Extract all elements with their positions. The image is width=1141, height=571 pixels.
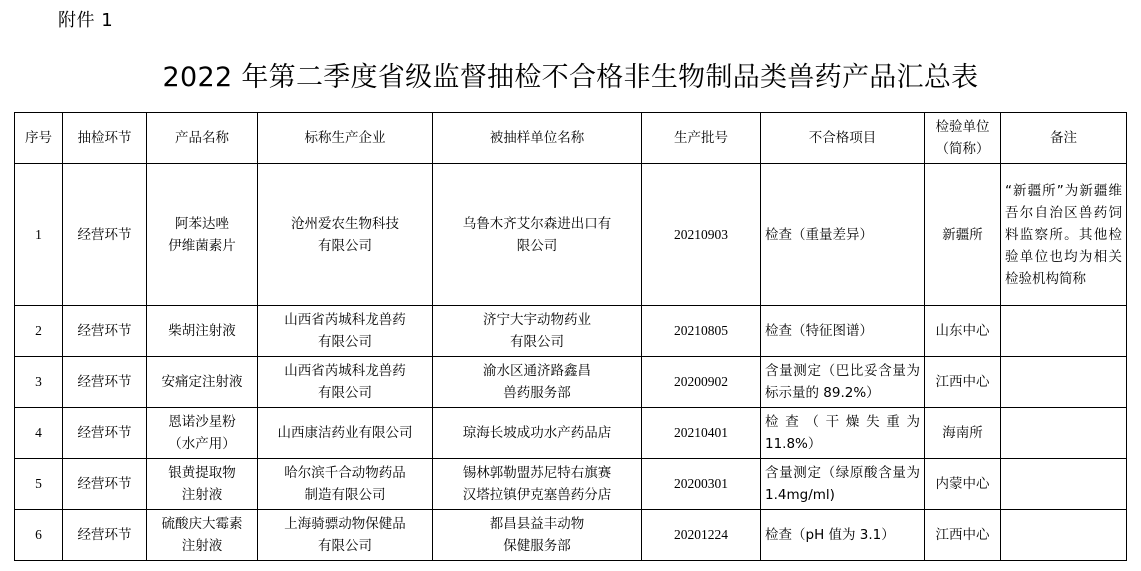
product-line: 阿苯达唑 [151, 213, 253, 235]
cell-sampled-unit: 乌鲁木齐艾尔森进出口有 限公司 [433, 164, 642, 306]
cell-sampled-unit: 琼海长坡成功水产药品店 [433, 408, 642, 459]
cell-remarks [1001, 408, 1127, 459]
table-row: 6 经营环节 硫酸庆大霉素 注射液 上海骑骠动物保健品 有限公司 都昌县益丰动物… [15, 510, 1127, 561]
table-row: 3 经营环节 安痛定注射液 山西省芮城科龙兽药 有限公司 渝水区通济路鑫昌 兽药… [15, 357, 1127, 408]
cell-product: 阿苯达唑 伊维菌素片 [147, 164, 258, 306]
product-line: 伊维菌素片 [151, 235, 253, 257]
cell-product: 安痛定注射液 [147, 357, 258, 408]
cell-index: 1 [15, 164, 63, 306]
cell-sampled-unit: 济宁大宇动物药业 有限公司 [433, 306, 642, 357]
cell-stage: 经营环节 [63, 357, 147, 408]
cell-sampled-unit: 渝水区通济路鑫昌 兽药服务部 [433, 357, 642, 408]
product-line: 硫酸庆大霉素 [151, 513, 253, 535]
sampled-unit-line: 乌鲁木齐艾尔森进出口有 [437, 213, 637, 235]
sampled-unit-line: 汉塔拉镇伊克塞兽药分店 [437, 484, 637, 506]
manufacturer-line: 山西康洁药业有限公司 [262, 422, 428, 444]
cell-manufacturer: 哈尔滨千合动物药品 制造有限公司 [258, 459, 433, 510]
cell-manufacturer: 上海骑骠动物保健品 有限公司 [258, 510, 433, 561]
manufacturer-line: 沧州爱农生物科技 [262, 213, 428, 235]
table-row: 4 经营环节 恩诺沙星粉 （水产用） 山西康洁药业有限公司 琼海长坡成功水产药品… [15, 408, 1127, 459]
cell-index: 2 [15, 306, 63, 357]
document-title: 2022 年第二季度省级监督抽检不合格非生物制品类兽药产品汇总表 [0, 58, 1141, 98]
cell-manufacturer: 山西省芮城科龙兽药 有限公司 [258, 357, 433, 408]
sampled-unit-line: 保健服务部 [437, 535, 637, 557]
cell-failed-item: 含量测定（巴比妥含量为标示量的 89.2%） [761, 357, 925, 408]
manufacturer-line: 山西省芮城科龙兽药 [262, 360, 428, 382]
header-index: 序号 [15, 113, 63, 164]
cell-stage: 经营环节 [63, 459, 147, 510]
cell-failed-item: 含量测定（绿原酸含量为 1.4mg/ml) [761, 459, 925, 510]
cell-batch: 20200301 [642, 459, 761, 510]
cell-failed-item: 检查（pH 值为 3.1） [761, 510, 925, 561]
header-lab: 检验单位 （简称） [925, 113, 1001, 164]
header-remarks: 备注 [1001, 113, 1127, 164]
cell-stage: 经营环节 [63, 510, 147, 561]
noncompliant-products-table: 序号 抽检环节 产品名称 标称生产企业 被抽样单位名称 生产批号 不合格项目 检… [14, 112, 1127, 561]
manufacturer-line: 有限公司 [262, 535, 428, 557]
cell-remarks [1001, 459, 1127, 510]
cell-batch: 20201224 [642, 510, 761, 561]
manufacturer-line: 山西省芮城科龙兽药 [262, 309, 428, 331]
header-manufacturer: 标称生产企业 [258, 113, 433, 164]
sampled-unit-line: 兽药服务部 [437, 382, 637, 404]
product-line: 恩诺沙星粉 [151, 411, 253, 433]
cell-lab: 江西中心 [925, 357, 1001, 408]
cell-manufacturer: 山西康洁药业有限公司 [258, 408, 433, 459]
table-row: 5 经营环节 银黄提取物 注射液 哈尔滨千合动物药品 制造有限公司 锡林郭勒盟苏… [15, 459, 1127, 510]
table-header-row: 序号 抽检环节 产品名称 标称生产企业 被抽样单位名称 生产批号 不合格项目 检… [15, 113, 1127, 164]
cell-sampled-unit: 都昌县益丰动物 保健服务部 [433, 510, 642, 561]
product-line: （水产用） [151, 433, 253, 455]
manufacturer-line: 有限公司 [262, 331, 428, 353]
header-failed-item: 不合格项目 [761, 113, 925, 164]
cell-batch: 20210805 [642, 306, 761, 357]
cell-sampled-unit: 锡林郭勒盟苏尼特右旗赛 汉塔拉镇伊克塞兽药分店 [433, 459, 642, 510]
cell-lab: 山东中心 [925, 306, 1001, 357]
sampled-unit-line: 锡林郭勒盟苏尼特右旗赛 [437, 462, 637, 484]
header-product: 产品名称 [147, 113, 258, 164]
cell-batch: 20200902 [642, 357, 761, 408]
header-lab-line2: （简称） [929, 138, 996, 160]
cell-failed-item: 检查（重量差异） [761, 164, 925, 306]
cell-index: 5 [15, 459, 63, 510]
cell-remarks [1001, 510, 1127, 561]
cell-product: 恩诺沙星粉 （水产用） [147, 408, 258, 459]
cell-failed-item: 检查（特征图谱） [761, 306, 925, 357]
cell-product: 柴胡注射液 [147, 306, 258, 357]
cell-product: 银黄提取物 注射液 [147, 459, 258, 510]
product-line: 柴胡注射液 [151, 320, 253, 342]
cell-failed-item: 检查（干燥失重为 11.8%） [761, 408, 925, 459]
manufacturer-line: 上海骑骠动物保健品 [262, 513, 428, 535]
header-sampled-unit: 被抽样单位名称 [433, 113, 642, 164]
manufacturer-line: 哈尔滨千合动物药品 [262, 462, 428, 484]
attachment-label: 附件 1 [58, 8, 113, 34]
cell-remarks [1001, 357, 1127, 408]
cell-index: 4 [15, 408, 63, 459]
cell-stage: 经营环节 [63, 408, 147, 459]
cell-lab: 海南所 [925, 408, 1001, 459]
product-line: 安痛定注射液 [151, 371, 253, 393]
product-line: 银黄提取物 [151, 462, 253, 484]
product-line: 注射液 [151, 484, 253, 506]
cell-stage: 经营环节 [63, 306, 147, 357]
header-lab-line1: 检验单位 [929, 116, 996, 138]
sampled-unit-line: 渝水区通济路鑫昌 [437, 360, 637, 382]
cell-index: 3 [15, 357, 63, 408]
product-line: 注射液 [151, 535, 253, 557]
manufacturer-line: 有限公司 [262, 235, 428, 257]
cell-batch: 20210401 [642, 408, 761, 459]
cell-lab: 新疆所 [925, 164, 1001, 306]
table-row: 1 经营环节 阿苯达唑 伊维菌素片 沧州爱农生物科技 有限公司 乌鲁木齐艾尔森进… [15, 164, 1127, 306]
cell-lab: 江西中心 [925, 510, 1001, 561]
sampled-unit-line: 有限公司 [437, 331, 637, 353]
cell-manufacturer: 沧州爱农生物科技 有限公司 [258, 164, 433, 306]
table-row: 2 经营环节 柴胡注射液 山西省芮城科龙兽药 有限公司 济宁大宇动物药业 有限公… [15, 306, 1127, 357]
sampled-unit-line: 济宁大宇动物药业 [437, 309, 637, 331]
sampled-unit-line: 限公司 [437, 235, 637, 257]
cell-product: 硫酸庆大霉素 注射液 [147, 510, 258, 561]
cell-index: 6 [15, 510, 63, 561]
cell-manufacturer: 山西省芮城科龙兽药 有限公司 [258, 306, 433, 357]
header-stage: 抽检环节 [63, 113, 147, 164]
cell-stage: 经营环节 [63, 164, 147, 306]
cell-remarks: “新疆所”为新疆维吾尔自治区兽药饲料监察所。其他检验单位也均为相关检验机构简称 [1001, 164, 1127, 306]
sampled-unit-line: 都昌县益丰动物 [437, 513, 637, 535]
cell-batch: 20210903 [642, 164, 761, 306]
sampled-unit-line: 琼海长坡成功水产药品店 [437, 422, 637, 444]
header-batch: 生产批号 [642, 113, 761, 164]
cell-lab: 内蒙中心 [925, 459, 1001, 510]
manufacturer-line: 有限公司 [262, 382, 428, 404]
cell-remarks [1001, 306, 1127, 357]
manufacturer-line: 制造有限公司 [262, 484, 428, 506]
